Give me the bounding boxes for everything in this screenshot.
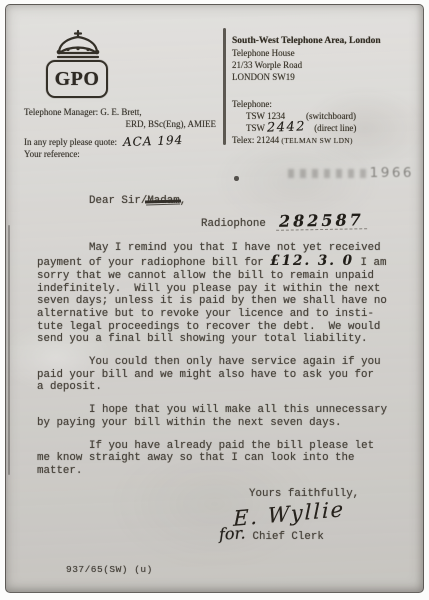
scanned-letter: GPO Telephone Manager: G. E. Brett, ERD,… (0, 0, 429, 600)
direct-number-handwritten: 2442 (267, 121, 306, 134)
address-line-3: LONDON SW19 (232, 71, 422, 83)
reply-quote-value: ACA 194 (123, 135, 184, 149)
address-line-2: 21/33 Worple Road (232, 59, 422, 71)
paragraph-4: If you have already paid the bill please… (37, 440, 415, 478)
letter-body: Dear Sir/Madam, Radiophone282587 May I r… (37, 195, 415, 544)
manager-credentials-line: ERD, BSc(Eng), AMIEE (24, 119, 216, 131)
direct-number: TSW 2442 (246, 122, 306, 134)
date-stamp: 1966 (274, 165, 414, 181)
direct-note: (direct line) (314, 123, 356, 133)
signature-handwritten: E. Wyllie (233, 503, 345, 526)
paragraph-3: I hope that you will make all this unnec… (37, 404, 415, 429)
manager-name-line: Telephone Manager: G. E. Brett, (24, 107, 234, 119)
gpo-logo-text: GPO (55, 68, 100, 91)
for-prefix-handwritten: for. (219, 527, 246, 541)
address-line-1: Telephone House (232, 47, 422, 59)
reply-quote-line: In any reply please quote:ACA 194 (24, 136, 234, 149)
direct-prefix: TSW (246, 123, 265, 133)
direct-line: TSW 2442(direct line) (232, 122, 422, 134)
telex-exchange-note: (TELMAN SW LDN) (281, 136, 353, 145)
letter-paper: GPO Telephone Manager: G. E. Brett, ERD,… (5, 4, 424, 593)
letterhead-right: South-West Telephone Area, London Teleph… (232, 35, 422, 147)
salutation-prefix: Dear Sir/ (89, 195, 147, 207)
letterhead-left: Telephone Manager: G. E. Brett, ERD, BSc… (24, 107, 234, 160)
telephone-label: Telephone: (232, 98, 422, 110)
form-code: 937/65(SW) (u) (66, 564, 153, 575)
crown-icon (51, 29, 105, 59)
area-name: South-West Telephone Area, London (232, 35, 422, 47)
salutation-struck-word: Madam (147, 195, 179, 208)
header-divider (223, 28, 226, 145)
gpo-badge: GPO (46, 60, 108, 98)
telex-line: Telex: 21244 (TELMAN SW LDN) (232, 134, 422, 147)
bill-amount-handwritten: £12. 3. 0 (270, 253, 354, 269)
telex-number: Telex: 21244 (232, 135, 279, 145)
paragraph-1: May I remind you that I have not yet rec… (37, 242, 415, 346)
salutation: Dear Sir/Madam, (89, 195, 415, 208)
subject-line: Radiophone282587 (201, 215, 415, 231)
paragraph-2: You could then only have service again i… (37, 356, 415, 394)
subject-number-handwritten: 282587 (276, 214, 367, 230)
signatory-title: Chief Clerk (253, 531, 324, 543)
paragraph-1-text-post: I am sorry that we cannot allow the bill… (37, 257, 387, 345)
signatory-line: for.Chief Clerk (219, 528, 415, 544)
reply-quote-label: In any reply please quote: (24, 137, 117, 147)
scan-edge-smudge (8, 225, 10, 475)
ink-dot-mark (234, 176, 239, 181)
switchboard-note: (switchboard) (306, 111, 356, 121)
gpo-logo: GPO (46, 29, 110, 98)
telephone-block: Telephone: TSW 1234(switchboard) TSW 244… (232, 98, 422, 147)
switchboard-line: TSW 1234(switchboard) (232, 110, 422, 122)
subject-label: Radiophone (201, 218, 266, 230)
your-reference-label: Your reference: (24, 149, 234, 161)
